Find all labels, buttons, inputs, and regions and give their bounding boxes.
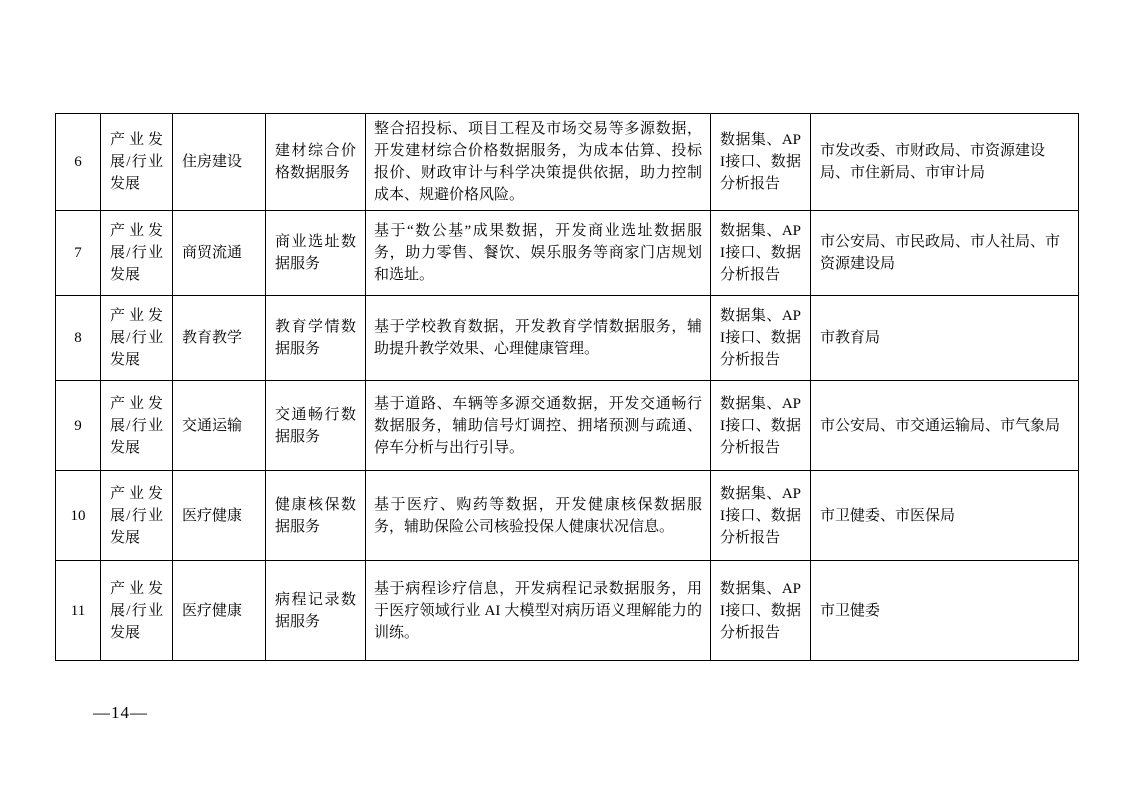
row-deliverables: 数据集、API接口、数据分析报告 [711,211,811,296]
row-deliverables: 数据集、API接口、数据分析报告 [711,471,811,561]
row-category: 产业发展/行业发展 [101,114,173,211]
row-field: 交通运输 [173,381,266,471]
row-departments: 市教育局 [811,296,1079,381]
row-category: 产业发展/行业发展 [101,381,173,471]
row-service: 健康核保数据服务 [266,471,366,561]
page-number: —14— [93,703,148,723]
table-row: 9 产业发展/行业发展 交通运输 交通畅行数据服务 基于道路、车辆等多源交通数据… [56,381,1079,471]
row-description: 基于道路、车辆等多源交通数据，开发交通畅行数据服务，辅助信号灯调控、拥堵预测与疏… [366,381,711,471]
row-seq: 10 [56,471,101,561]
row-description: 基于医疗、购药等数据，开发健康核保数据服务，辅助保险公司核验投保人健康状况信息。 [366,471,711,561]
table-row: 8 产业发展/行业发展 教育教学 教育学情数据服务 基于学校教育数据，开发教育学… [56,296,1079,381]
row-description: 基于学校教育数据，开发教育学情数据服务，辅助提升教学效果、心理健康管理。 [366,296,711,381]
row-description: 整合招投标、项目工程及市场交易等多源数据，开发建材综合价格数据服务，为成本估算、… [366,114,711,211]
row-departments: 市卫健委 [811,561,1079,661]
row-deliverables: 数据集、API接口、数据分析报告 [711,296,811,381]
row-deliverables: 数据集、API接口、数据分析报告 [711,381,811,471]
row-deliverables: 数据集、API接口、数据分析报告 [711,561,811,661]
row-service: 交通畅行数据服务 [266,381,366,471]
row-departments: 市公安局、市交通运输局、市气象局 [811,381,1079,471]
row-description: 基于病程诊疗信息，开发病程记录数据服务，用于医疗领域行业 AI 大模型对病历语义… [366,561,711,661]
row-category: 产业发展/行业发展 [101,471,173,561]
row-seq: 7 [56,211,101,296]
row-departments: 市公安局、市民政局、市人社局、市资源建设局 [811,211,1079,296]
row-description: 基于“数公基”成果数据，开发商业选址数据服务，助力零售、餐饮、娱乐服务等商家门店… [366,211,711,296]
table-row: 10 产业发展/行业发展 医疗健康 健康核保数据服务 基于医疗、购药等数据，开发… [56,471,1079,561]
row-category: 产业发展/行业发展 [101,561,173,661]
row-service: 商业选址数据服务 [266,211,366,296]
table-row: 7 产业发展/行业发展 商贸流通 商业选址数据服务 基于“数公基”成果数据，开发… [56,211,1079,296]
row-service: 病程记录数据服务 [266,561,366,661]
row-field: 教育教学 [173,296,266,381]
table-row: 11 产业发展/行业发展 医疗健康 病程记录数据服务 基于病程诊疗信息，开发病程… [56,561,1079,661]
row-field: 商贸流通 [173,211,266,296]
row-deliverables: 数据集、API接口、数据分析报告 [711,114,811,211]
row-departments: 市卫健委、市医保局 [811,471,1079,561]
row-seq: 11 [56,561,101,661]
row-seq: 6 [56,114,101,211]
row-departments: 市发改委、市财政局、市资源建设局、市住新局、市审计局 [811,114,1079,211]
row-service: 建材综合价格数据服务 [266,114,366,211]
services-table: 6 产业发展/行业发展 住房建设 建材综合价格数据服务 整合招投标、项目工程及市… [55,113,1079,661]
row-seq: 8 [56,296,101,381]
row-field: 医疗健康 [173,471,266,561]
row-seq: 9 [56,381,101,471]
row-field: 医疗健康 [173,561,266,661]
row-category: 产业发展/行业发展 [101,296,173,381]
row-field: 住房建设 [173,114,266,211]
row-service: 教育学情数据服务 [266,296,366,381]
row-category: 产业发展/行业发展 [101,211,173,296]
table-row: 6 产业发展/行业发展 住房建设 建材综合价格数据服务 整合招投标、项目工程及市… [56,114,1079,211]
